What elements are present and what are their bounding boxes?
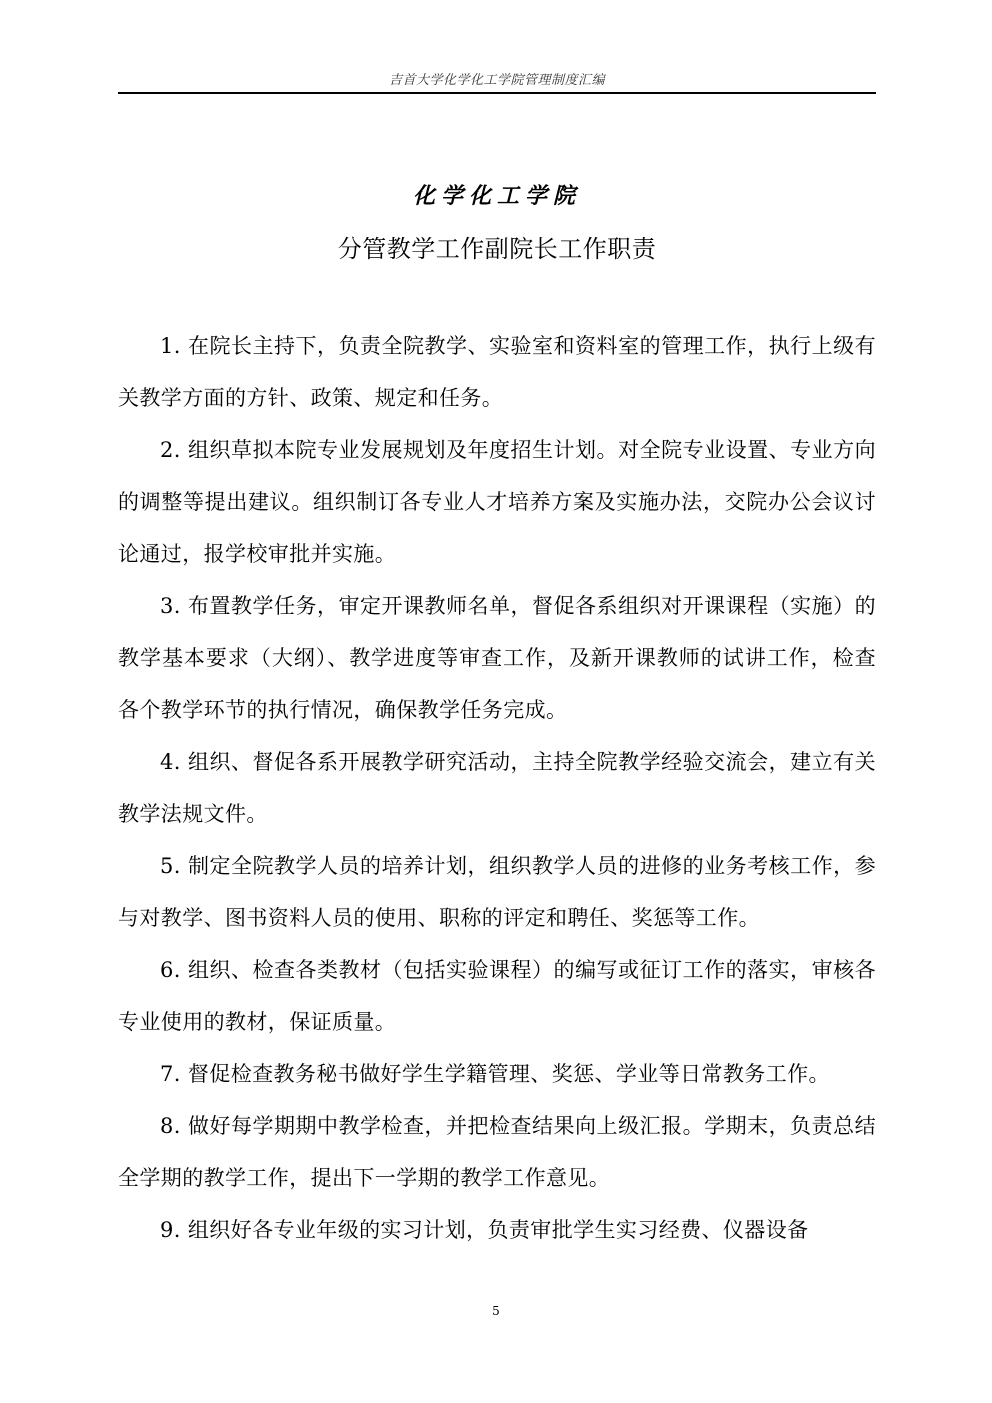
header-divider bbox=[118, 92, 876, 94]
paragraph-5: 5. 制定全院教学人员的培养计划，组织教学人员的进修的业务考核工作，参与对教学、… bbox=[118, 840, 876, 944]
document-body: 1. 在院长主持下，负责全院教学、实验室和资料室的管理工作，执行上级有关教学方面… bbox=[118, 320, 876, 1256]
running-header: 吉首大学化学化工学院管理制度汇编 bbox=[118, 72, 876, 90]
paragraph-2: 2. 组织草拟本院专业发展规划及年度招生计划。对全院专业设置、专业方向的调整等提… bbox=[118, 424, 876, 580]
paragraph-8: 8. 做好每学期期中教学检查，并把检查结果向上级汇报。学期末，负责总结全学期的教… bbox=[118, 1100, 876, 1204]
paragraph-7: 7. 督促检查教务秘书做好学生学籍管理、奖惩、学业等日常教务工作。 bbox=[118, 1048, 876, 1100]
document-title: 分管教学工作副院长工作职责 bbox=[118, 232, 876, 266]
paragraph-4: 4. 组织、督促各系开展教学研究活动，主持全院教学经验交流会，建立有关教学法规文… bbox=[118, 736, 876, 840]
page-number: 5 bbox=[0, 1303, 992, 1319]
paragraph-6: 6. 组织、检查各类教材（包括实验课程）的编写或征订工作的落实，审核各专业使用的… bbox=[118, 944, 876, 1048]
paragraph-3: 3. 布置教学任务，审定开课教师名单，督促各系组织对开课课程（实施）的教学基本要… bbox=[118, 580, 876, 736]
paragraph-9: 9. 组织好各专业年级的实习计划，负责审批学生实习经费、仪器设备 bbox=[118, 1204, 876, 1256]
org-title: 化学化工学院 bbox=[118, 181, 876, 211]
paragraph-1: 1. 在院长主持下，负责全院教学、实验室和资料室的管理工作，执行上级有关教学方面… bbox=[118, 320, 876, 424]
